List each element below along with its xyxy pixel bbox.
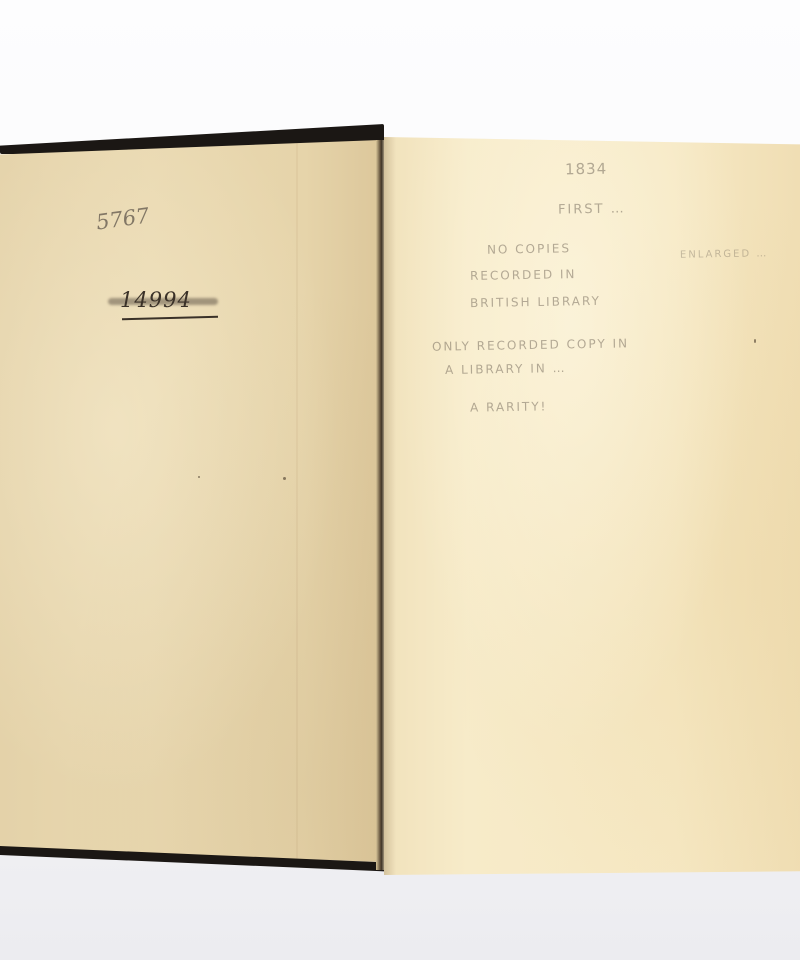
foxing-spot: [283, 477, 286, 480]
note-line: No copies: [487, 241, 571, 256]
pastedown-page: [0, 140, 380, 862]
note-first-edition: First …: [558, 201, 626, 217]
note-line: recorded in: [470, 267, 577, 283]
book-photo: 5767 14994 1834 First … No copies record…: [0, 0, 800, 960]
note-rarity: A rarity!: [470, 399, 548, 414]
accession-number: 14994: [120, 288, 192, 312]
front-cover: 5767 14994: [0, 0, 400, 960]
note-side: Enlarged …: [680, 248, 769, 261]
flyleaf-page: [384, 137, 800, 875]
note-line: British Library: [470, 294, 601, 310]
foxing-spot: [198, 476, 200, 478]
foxing-spot: [754, 339, 756, 343]
note-line: a library in …: [445, 361, 567, 377]
note-year: 1834: [565, 160, 607, 179]
